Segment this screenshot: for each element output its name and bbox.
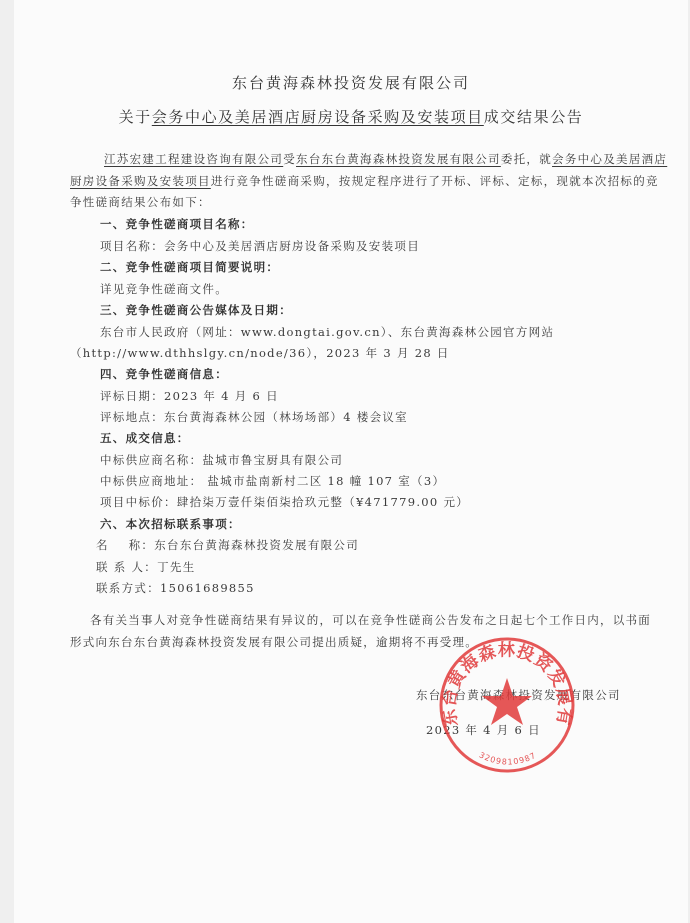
closing-line-1: 各有关当事人对竞争性磋商结果有异议的，可以在竞争性磋商公告发布之日起七个工作日内… [90,612,651,628]
stamp-code: 3209810987 [478,750,538,766]
project-name-part2: 厨房设备采购及安装项目 [70,174,211,188]
intro-line-2: 厨房设备采购及安装项目进行竞争性磋商采购，按规定程序进行了开标、评标、定标，现就… [70,173,659,189]
section-3-heading: 三、竞争性磋商公告媒体及日期： [100,302,292,318]
evaluation-date: 评标日期：2023 年 4 月 6 日 [100,388,279,404]
winning-price: 项目中标价：肆拾柒万壹仟柒佰柒拾玖元整（¥471779.00 元） [100,494,469,510]
evaluation-place: 评标地点：东台黄海森林公园（林场场部）4 楼会议室 [100,409,408,425]
signature-date: 2023 年 4 月 6 日 [426,722,541,738]
section-1-heading: 一、竞争性磋商项目名称： [100,216,254,232]
section-6-heading: 六、本次招标联系事项： [100,516,241,532]
contact-org-name: 名 称：东台东台黄海森林投资发展有限公司 [96,537,359,553]
notice-title-suffix: 成交结果公告 [484,108,584,126]
intro-text: 进行竞争性磋商采购，按规定程序进行了开标、评标、定标，现就本次招标的竞 [211,174,659,188]
svg-text:3209810987: 3209810987 [478,750,538,766]
notice-title-prefix: 关于 [119,108,152,126]
section-4-heading: 四、竞争性磋商信息： [100,366,228,382]
agent-name: 江苏宏建工程建设咨询有限公司 [104,152,283,166]
project-name-line: 项目名称：会务中心及美居酒店厨房设备采购及安装项目 [100,238,420,254]
notice-title-project: 会务中心及美居酒店厨房设备采购及安装项目 [152,108,484,126]
company-seal-stamp: 东台黄海森林投资发展有限公司 3209810987 [432,630,582,780]
closing-line-2: 形式向东台东台黄海森林投资发展有限公司提出质疑，逾期将不再受理。 [70,634,478,650]
description-line: 详见竞争性磋商文件。 [100,281,228,297]
client-name: 东台东台黄海森林投资发展有限公司 [296,152,501,166]
intro-line-3: 争性磋商结果公布如下： [70,194,211,210]
supplier-name: 中标供应商名称：盐城市鲁宝厨具有限公司 [100,452,343,468]
project-name-part1: 会务中心及美居酒店 [552,152,667,166]
section-2-heading: 二、竞争性磋商项目简要说明： [100,259,279,275]
signature-company: 东台东台黄海森林投资发展有限公司 [416,687,621,703]
notice-title: 关于会务中心及美居酒店厨房设备采购及安装项目成交结果公告 [14,106,688,127]
company-title: 东台黄海森林投资发展有限公司 [14,72,688,93]
media-line-2: （http://www.dthhslgy.cn/node/36），2023 年 … [70,345,450,361]
document-page: 东台黄海森林投资发展有限公司 关于会务中心及美居酒店厨房设备采购及安装项目成交结… [14,0,688,923]
section-5-heading: 五、成交信息： [100,430,190,446]
intro-text: 受 [283,152,296,166]
supplier-address: 中标供应商地址： 盐城市盐南新村二区 18 幢 107 室（3） [100,473,445,489]
contact-person: 联 系 人：丁先生 [96,559,196,575]
contact-phone: 联系方式：15061689855 [96,580,255,596]
intro-line-1: 江苏宏建工程建设咨询有限公司受东台东台黄海森林投资发展有限公司委托，就会务中心及… [104,151,667,167]
intro-text: 委托，就 [501,152,552,166]
media-line-1: 东台市人民政府（网址：www.dongtai.gov.cn）、东台黄海森林公园官… [100,324,554,340]
